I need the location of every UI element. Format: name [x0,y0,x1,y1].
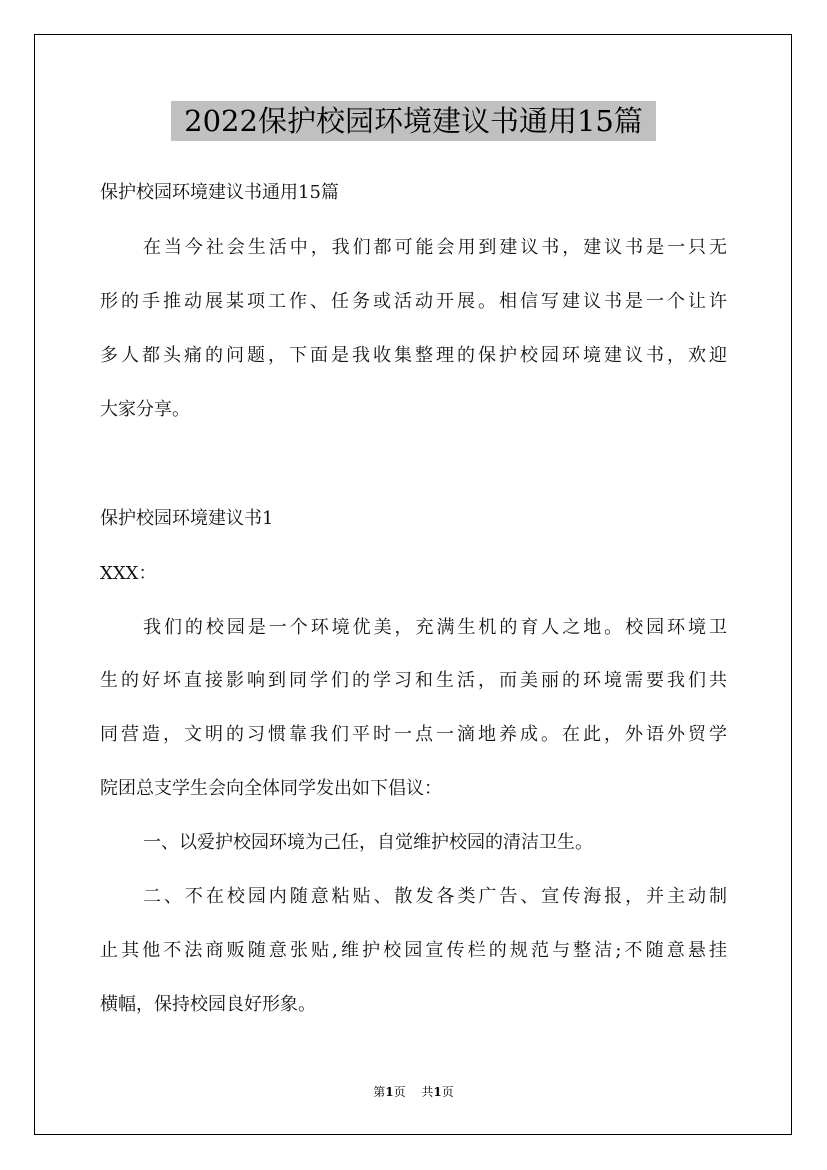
intro-line: 形的手推动展某项工作、任务或活动开展。相信写建议书是一个让许 [100,287,727,317]
total-pages-prefix: 共 [421,1085,433,1099]
intro-line: 大家分享。 [100,395,727,425]
total-pages-suffix: 页 [442,1085,454,1099]
page-footer: 第1页 共1页 [0,1083,827,1100]
body-line: 横幅，保持校园良好形象。 [100,990,727,1020]
intro-line: 多人都头痛的问题，下面是我收集整理的保护校园环境建议书，欢迎 [100,341,727,371]
current-page-number: 1 [385,1085,393,1099]
section-heading: 保护校园环境建议书1 [100,504,727,534]
salutation: XXX： [100,559,727,589]
body-line: 生的好坏直接影响到同学们的学习和生活，而美丽的环境需要我们共 [100,666,727,696]
document-subtitle: 保护校园环境建议书通用15篇 [100,178,727,208]
body-line: 我们的校园是一个环境优美，充满生机的育人之地。校园环境卫 [143,613,727,643]
body-line: 二、不在校园内随意粘贴、散发各类广告、宣传海报，并主动制 [143,882,727,912]
total-pages-indicator: 共1页 [421,1085,453,1099]
total-pages-number: 1 [433,1085,441,1099]
current-page-indicator: 第1页 [373,1085,405,1099]
current-page-prefix: 第 [373,1085,385,1099]
document-title: 2022保护校园环境建议书通用15篇 [171,101,656,141]
intro-line: 在当今社会生活中，我们都可能会用到建议书，建议书是一只无 [143,233,727,263]
body-line: 一、以爱护校园环境为己任，自觉维护校园的清洁卫生。 [143,828,727,858]
current-page-suffix: 页 [394,1085,406,1099]
body-line: 止其他不法商贩随意张贴,维护校园宣传栏的规范与整洁;不随意悬挂 [100,936,727,966]
body-line: 同营造，文明的习惯靠我们平时一点一滴地养成。在此，外语外贸学 [100,720,727,750]
title-container: 2022保护校园环境建议书通用15篇 [0,101,827,145]
body-line: 院团总支学生会向全体同学发出如下倡议： [100,774,727,804]
